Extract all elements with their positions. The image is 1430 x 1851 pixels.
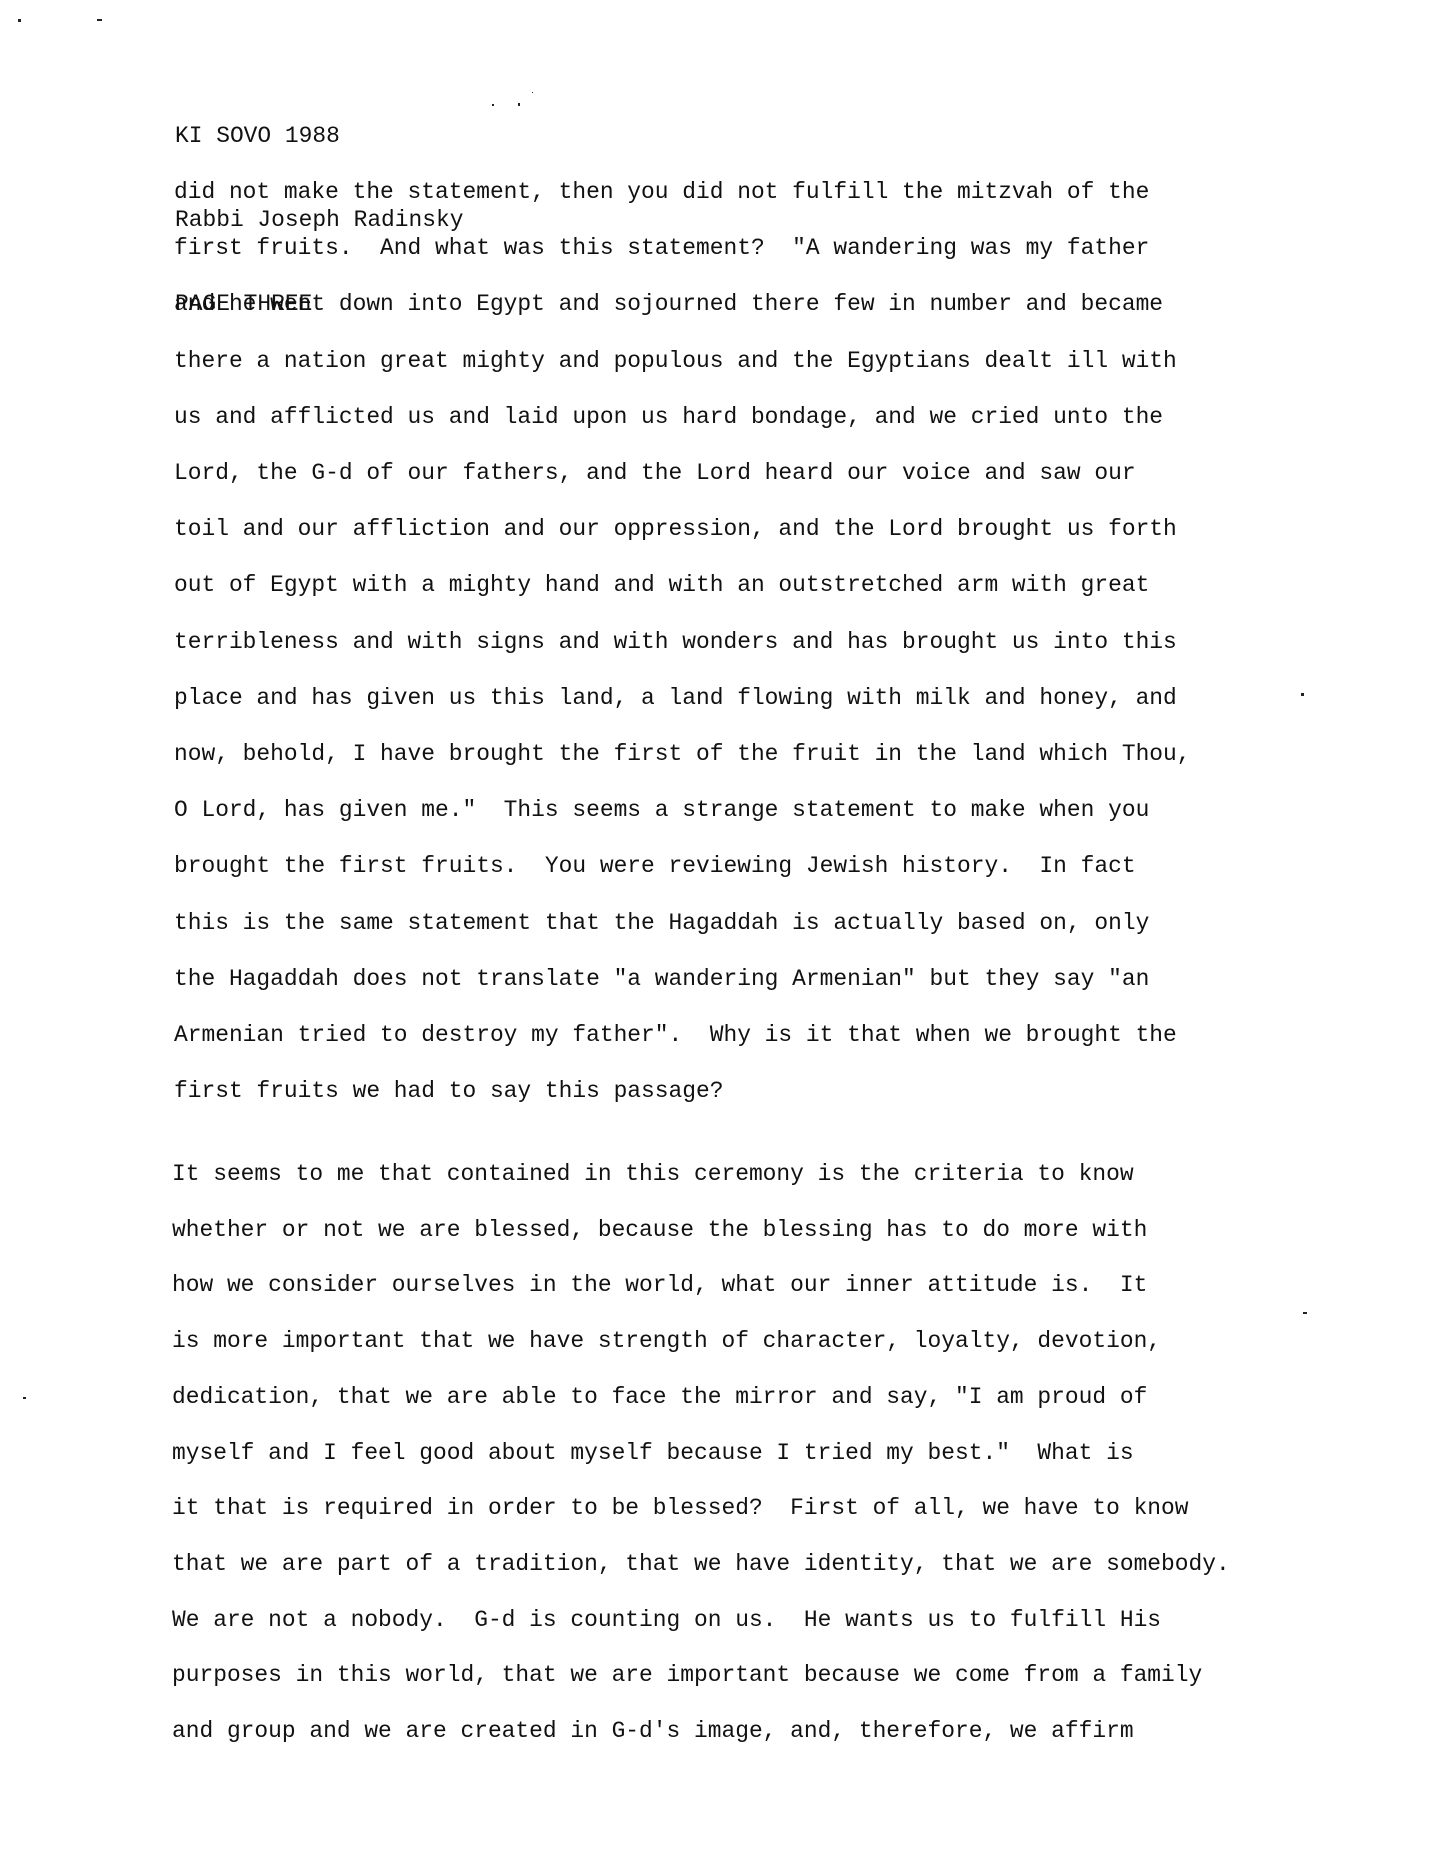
text-line: it that is required in order to be bless… [172, 1481, 1230, 1537]
text-line: toil and our affliction and our oppressi… [174, 501, 1191, 557]
text-line: O Lord, has given me." This seems a stra… [174, 782, 1191, 838]
text-line: out of Egypt with a mighty hand and with… [174, 557, 1191, 613]
text-line: first fruits. And what was this statemen… [174, 220, 1191, 276]
text-line: terribleness and with signs and with won… [174, 614, 1191, 670]
scan-speck [518, 103, 520, 106]
scan-speck [492, 104, 494, 106]
text-line: We are not a nobody. G-d is counting on … [172, 1593, 1230, 1649]
scan-speck [97, 19, 102, 21]
scan-speck [532, 92, 533, 93]
text-line: myself and I feel good about myself beca… [172, 1426, 1230, 1482]
text-line: Lord, the G-d of our fathers, and the Lo… [174, 445, 1191, 501]
text-line: brought the first fruits. You were revie… [174, 838, 1191, 894]
text-line: this is the same statement that the Haga… [174, 895, 1191, 951]
text-line: us and afflicted us and laid upon us har… [174, 389, 1191, 445]
text-line: Armenian tried to destroy my father". Wh… [174, 1007, 1191, 1063]
scan-speck [23, 1397, 26, 1399]
document-title: KI SOVO 1988 [175, 122, 463, 150]
scan-speck [1301, 693, 1304, 696]
text-line: that we are part of a tradition, that we… [172, 1537, 1230, 1593]
body-paragraph: did not make the statement, then you did… [174, 164, 1191, 1119]
text-line: place and has given us this land, a land… [174, 670, 1191, 726]
body-paragraph: It seems to me that contained in this ce… [172, 1147, 1230, 1760]
scan-speck [18, 19, 21, 22]
text-line: how we consider ourselves in the world, … [172, 1258, 1230, 1314]
document-page: KI SOVO 1988 Rabbi Joseph Radinsky PAGE … [0, 0, 1430, 1851]
text-line: there a nation great mighty and populous… [174, 333, 1191, 389]
text-line: and group and we are created in G-d's im… [172, 1704, 1230, 1760]
text-line: now, behold, I have brought the first of… [174, 726, 1191, 782]
text-line: whether or not we are blessed, because t… [172, 1203, 1230, 1259]
text-line: It seems to me that contained in this ce… [172, 1147, 1230, 1203]
text-line: purposes in this world, that we are impo… [172, 1648, 1230, 1704]
text-line: dedication, that we are able to face the… [172, 1370, 1230, 1426]
text-line: and he went down into Egypt and sojourne… [174, 276, 1191, 332]
text-line: did not make the statement, then you did… [174, 164, 1191, 220]
text-line: first fruits we had to say this passage? [174, 1063, 1191, 1119]
text-line: the Hagaddah does not translate "a wande… [174, 951, 1191, 1007]
text-line: is more important that we have strength … [172, 1314, 1230, 1370]
scan-speck [1303, 1312, 1307, 1314]
